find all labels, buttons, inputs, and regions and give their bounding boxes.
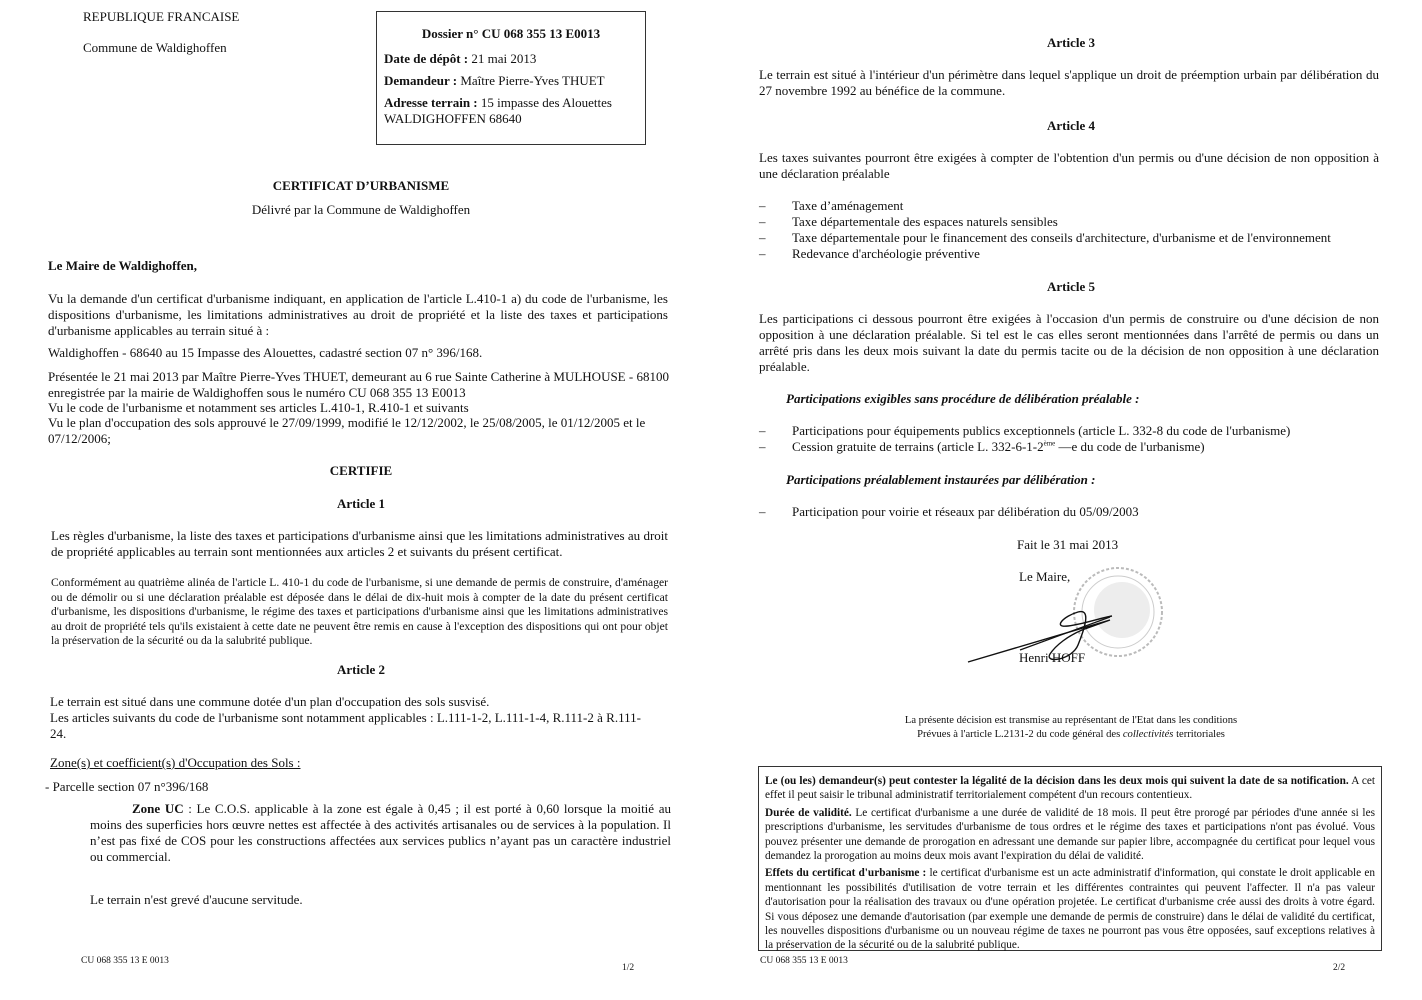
signature-date: Fait le 31 mai 2013 bbox=[1017, 537, 1118, 553]
article-2-title: Article 2 bbox=[0, 662, 722, 678]
applicant: Demandeur : Maître Pierre-Yves THUET bbox=[384, 73, 638, 89]
land-city: WALDIGHOFFEN 68640 bbox=[384, 111, 638, 127]
vu-code: Vu le code de l'urbanisme et notamment s… bbox=[48, 400, 668, 416]
article-1-title: Article 1 bbox=[0, 496, 722, 512]
page-1: REPUBLIQUE FRANCAISE Commune de Waldigho… bbox=[0, 0, 711, 1000]
zone-uc: Zone UC : Le C.O.S. applicable à la zone… bbox=[90, 801, 671, 865]
page-number: 1/2 bbox=[622, 962, 634, 974]
republic-header: REPUBLIQUE FRANCAISE bbox=[83, 9, 239, 25]
article-5-title: Article 5 bbox=[711, 279, 1422, 295]
document-subtitle: Délivré par la Commune de Waldighoffen bbox=[0, 202, 722, 218]
presented: Présentée le 21 mai 2013 par Maître Pier… bbox=[48, 369, 673, 401]
document-title: CERTIFICAT D’URBANISME bbox=[0, 178, 722, 194]
article-3-title: Article 3 bbox=[711, 35, 1422, 51]
dossier-box: Dossier n° CU 068 355 13 E0013 Date de d… bbox=[376, 11, 646, 145]
article-1-p2: Conformément au quatrième alinéa de l'ar… bbox=[51, 576, 668, 649]
transmission-note: La présente décision est transmise au re… bbox=[711, 714, 1422, 742]
land-address: Adresse terrain : 15 impasse des Alouett… bbox=[384, 95, 638, 111]
tax-item: Taxe d’aménagement bbox=[759, 198, 1389, 214]
vu-demande: Vu la demande d'un certificat d'urbanism… bbox=[48, 291, 668, 339]
participation-item: Participations pour équipements publics … bbox=[759, 423, 1389, 439]
taxes-list: Taxe d’aménagement Taxe départementale d… bbox=[759, 198, 1389, 262]
tax-item: Redevance d'archéologie préventive bbox=[759, 246, 1389, 262]
tax-item: Taxe départementale des espaces naturels… bbox=[759, 214, 1389, 230]
page-number: 2/2 bbox=[1333, 962, 1345, 974]
participation-item: Participation pour voirie et réseaux par… bbox=[759, 504, 1389, 520]
legal-notice-box: Le (ou les) demandeur(s) peut contester … bbox=[758, 766, 1382, 951]
participations-list-2: Participation pour voirie et réseaux par… bbox=[759, 504, 1389, 520]
participation-item: Cession gratuite de terrains (article L.… bbox=[759, 439, 1389, 455]
article-1-p1: Les règles d'urbanisme, la liste des tax… bbox=[51, 528, 668, 560]
article-5-p1: Les participations ci dessous pourront ê… bbox=[759, 311, 1379, 375]
participations-list-1: Participations pour équipements publics … bbox=[759, 423, 1389, 455]
commune-header: Commune de Waldighoffen bbox=[83, 40, 227, 56]
parcel: - Parcelle section 07 n°396/168 bbox=[45, 779, 208, 795]
footer-ref: CU 068 355 13 E 0013 bbox=[81, 955, 169, 967]
certifie-heading: CERTIFIE bbox=[0, 463, 722, 479]
location: Waldighoffen - 68640 au 15 Impasse des A… bbox=[48, 345, 668, 361]
contest-notice: Le (ou les) demandeur(s) peut contester … bbox=[765, 774, 1375, 803]
participations-sub-1: Participations exigibles sans procédure … bbox=[786, 391, 1140, 407]
deposit-date: Date de dépôt : 21 mai 2013 bbox=[384, 51, 638, 67]
servitude: Le terrain n'est grevé d'aucune servitud… bbox=[90, 892, 303, 908]
effects-notice: Effets du certificat d'urbanisme : le ce… bbox=[765, 866, 1375, 952]
dossier-number: Dossier n° CU 068 355 13 E0013 bbox=[384, 26, 638, 42]
article-2-p1: Le terrain est situé dans une commune do… bbox=[50, 694, 670, 710]
article-4-p1: Les taxes suivantes pourront être exigée… bbox=[759, 150, 1379, 182]
tax-item: Taxe départementale pour le financement … bbox=[759, 230, 1389, 246]
participations-sub-2: Participations préalablement instaurées … bbox=[786, 472, 1095, 488]
signature-icon bbox=[960, 590, 1160, 670]
page-2: Article 3 Le terrain est situé à l'intér… bbox=[711, 0, 1422, 1000]
footer-ref: CU 068 355 13 E 0013 bbox=[760, 955, 848, 967]
article-2-p2: Les articles suivants du code de l'urban… bbox=[50, 710, 650, 742]
zone-heading: Zone(s) et coefficient(s) d'Occupation d… bbox=[50, 755, 300, 771]
article-4-title: Article 4 bbox=[711, 118, 1422, 134]
vu-plan: Vu le plan d'occupation des sols approuv… bbox=[48, 415, 670, 447]
mayor-heading: Le Maire de Waldighoffen, bbox=[48, 258, 197, 274]
validity-notice: Durée de validité. Le certificat d'urban… bbox=[765, 806, 1375, 864]
article-3-p1: Le terrain est situé à l'intérieur d'un … bbox=[759, 67, 1379, 99]
